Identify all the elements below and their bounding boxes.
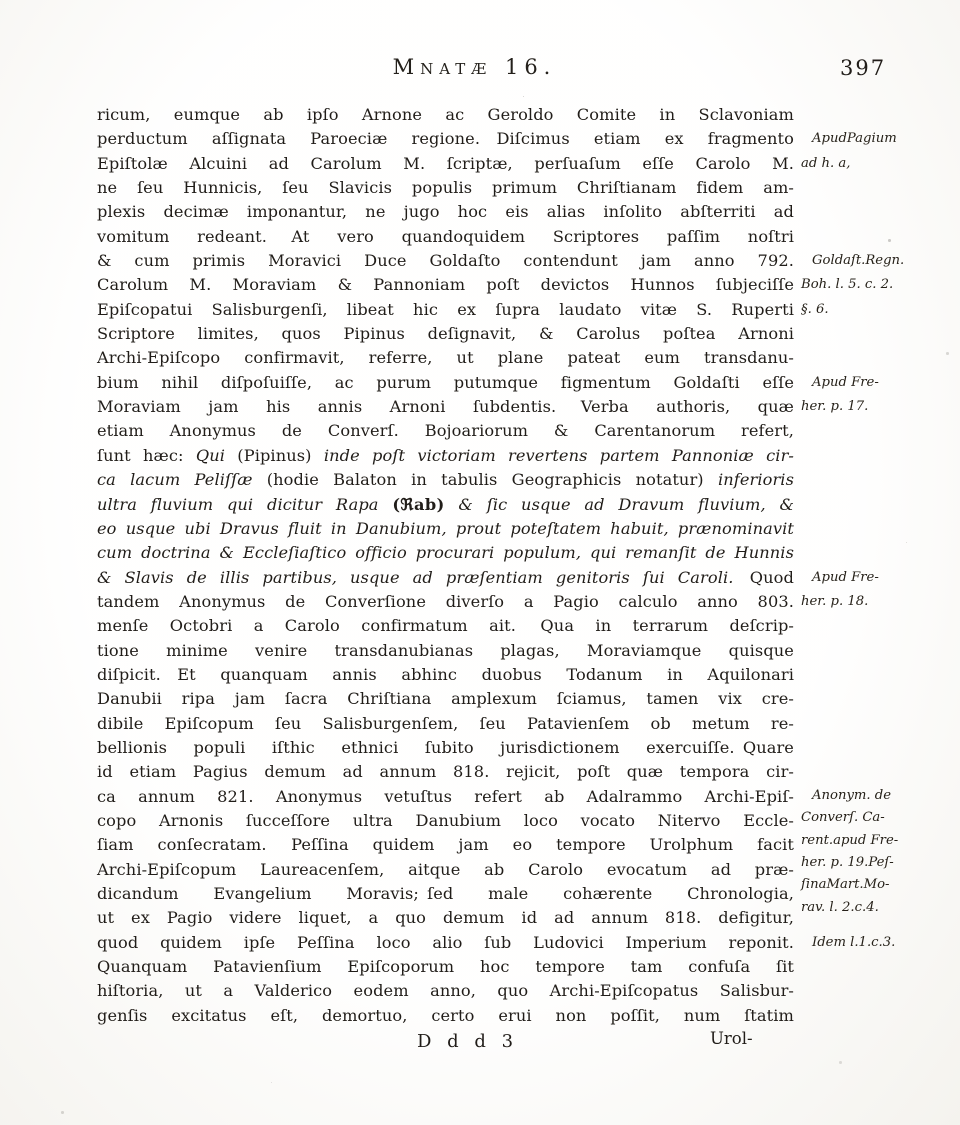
text-line: Quanquam Patavienſium Epiſcoporum hoc te…	[97, 955, 794, 979]
text-segment: tione minime venire transdanubianas plag…	[97, 641, 794, 660]
margin-note-line: her. p. 19.Peſ-	[801, 852, 957, 874]
text-segment: Scriptore limites, quos Pipinus deſignav…	[97, 324, 794, 343]
margin-note-line: Boh. l. 5. c. 2.	[801, 273, 957, 297]
paper-specks	[0, 0, 1, 1]
text-line: etiam Anonymus de Converſ. Bojoariorum &…	[97, 419, 794, 443]
text-segment: ca annum 821. Anonymus vetuſtus refert a…	[97, 787, 794, 806]
margin-note-line: Converſ. Ca-	[801, 807, 957, 829]
text-line: vomitum redeant. At vero quandoquidem Sc…	[97, 225, 794, 249]
margin-note: Anonym. deConverſ. Ca-rent.apud Fre-her.…	[801, 785, 957, 919]
margin-note-line: Anonym. de	[801, 785, 957, 807]
text-line: ſiam conſecratam. Peſſina quidem jam eo …	[97, 833, 794, 857]
text-segment: Danubii ripa jam ſacra Chriſtiana amplex…	[97, 689, 794, 708]
text-segment: dibile Epiſcopum ſeu Salisburgenſem, ſeu…	[97, 714, 794, 733]
text-line: bellionis populi iſthic ethnici ſubito j…	[97, 736, 794, 760]
text-line: tandem Anonymus de Converſione diverſo a…	[97, 590, 794, 614]
text-segment: & cum primis Moravici Duce Goldaſto cont…	[97, 251, 794, 270]
text-line: bium nihil diſpoſuiſſe, ac purum putumqu…	[97, 371, 794, 395]
text-segment: ut ex Pagio videre liquet, a quo demum i…	[97, 908, 794, 927]
text-segment: Moraviam jam his annis Arnoni ſubdentis.…	[97, 397, 794, 416]
text-line: Epiſtolæ Alcuini ad Carolum M. ſcriptæ, …	[97, 152, 794, 176]
book-page: Mnatæ 16. 397 ricum, eumque ab ipſo Arno…	[0, 0, 960, 1125]
margin-note-line: §. 6.	[801, 298, 957, 322]
text-line: copo Arnonis ſucceſſore ultra Danubium l…	[97, 809, 794, 833]
text-segment: ſiam conſecratam. Peſſina quidem jam eo …	[97, 835, 794, 854]
text-segment: perductum aſſignata Paroeciæ regione. Di…	[97, 129, 794, 148]
text-line: dibile Epiſcopum ſeu Salisburgenſem, ſeu…	[97, 712, 794, 736]
text-segment: copo Arnonis ſucceſſore ultra Danubium l…	[97, 811, 794, 830]
margin-column: ApudPagiumad h. a,Goldaſt.Regn.Boh. l. 5…	[801, 0, 957, 1125]
text-line: genſis excitatus eſt, demortuo, certo er…	[97, 1004, 794, 1028]
text-line: eo usque ubi Dravus fluit in Danubium, p…	[97, 517, 794, 541]
text-segment: plexis decimæ imponantur, ne jugo hoc ei…	[97, 202, 794, 221]
text-line: ultra fluvium qui dicitur Rapa (ℜab) & ſ…	[97, 493, 794, 517]
margin-note-line: Idem l.1.c.3.	[801, 931, 957, 955]
text-segment: bellionis populi iſthic ethnici ſubito j…	[97, 738, 794, 757]
text-segment: bium nihil diſpoſuiſſe, ac purum putumqu…	[97, 373, 794, 392]
text-line: Danubii ripa jam ſacra Chriſtiana amplex…	[97, 687, 794, 711]
text-segment: & ſic usque ad Dravum fluvium, &	[445, 495, 794, 514]
text-line: id etiam Pagius demum ad annum 818. reji…	[97, 760, 794, 784]
text-segment: dicandum Evangelium Moravis; ſed male co…	[97, 884, 794, 903]
text-line: Archi-Epiſcopo confirmavit, referre, ut …	[97, 346, 794, 370]
text-line: Moraviam jam his annis Arnoni ſubdentis.…	[97, 395, 794, 419]
text-segment: ultra fluvium qui dicitur Rapa	[97, 495, 392, 514]
margin-note-line: her. p. 18.	[801, 590, 957, 614]
text-segment: tandem Anonymus de Converſione diverſo a…	[97, 592, 794, 611]
text-block: ricum, eumque ab ipſo Arnone ac Geroldo …	[97, 103, 794, 1028]
text-segment: inferioris	[718, 470, 794, 489]
text-segment: vomitum redeant. At vero quandoquidem Sc…	[97, 227, 794, 246]
text-line: perductum aſſignata Paroeciæ regione. Di…	[97, 127, 794, 151]
margin-note-line: ſinaMart.Mo-	[801, 874, 957, 896]
text-segment: (Pipinus)	[237, 446, 324, 465]
margin-note-line: Apud Fre-	[801, 371, 957, 395]
text-line: ſunt hæc: Qui (Pipinus) inde poſt victor…	[97, 444, 794, 468]
text-segment: ca lacum Peliſſæ	[97, 470, 267, 489]
text-line: Carolum M. Moraviam & Pannoniam poſt dev…	[97, 273, 794, 297]
signature-mark: D d d 3	[97, 1031, 794, 1052]
text-line: plexis decimæ imponantur, ne jugo hoc ei…	[97, 200, 794, 224]
text-segment: etiam Anonymus de Converſ. Bojoariorum &…	[97, 421, 794, 440]
text-line: menſe Octobri a Carolo confirmatum ait. …	[97, 614, 794, 638]
margin-note-line: Apud Fre-	[801, 566, 957, 590]
text-segment: Carolum M. Moraviam & Pannoniam poſt dev…	[97, 275, 794, 294]
text-segment: inde poſt victoriam revertens partem Pan…	[324, 446, 794, 465]
text-segment: ricum, eumque ab ipſo Arnone ac Geroldo …	[97, 105, 794, 124]
text-segment: (hodie Balaton in tabulis Geographicis n…	[267, 470, 718, 489]
text-line: ne ſeu Hunnicis, ſeu Slavicis populis pr…	[97, 176, 794, 200]
text-line: ca annum 821. Anonymus vetuſtus refert a…	[97, 785, 794, 809]
text-segment: diſpicit. Et quanquam annis abhinc duobu…	[97, 665, 794, 684]
text-segment: Epiſcopatui Salisburgenſi, libeat hic ex…	[97, 300, 794, 319]
text-line: ricum, eumque ab ipſo Arnone ac Geroldo …	[97, 103, 794, 127]
catchword: Urol-	[710, 1029, 753, 1048]
text-segment: genſis excitatus eſt, demortuo, certo er…	[97, 1006, 794, 1025]
margin-note: Goldaſt.Regn.Boh. l. 5. c. 2.§. 6.	[801, 249, 957, 322]
text-segment: & Slavis de illis partibus, usque ad præ…	[97, 568, 734, 587]
text-line: hiſtoria, ut a Valderico eodem anno, quo…	[97, 979, 794, 1003]
text-segment: Quanquam Patavienſium Epiſcoporum hoc te…	[97, 957, 794, 976]
text-segment: cum doctrina & Eccleſiaſtico officio pro…	[97, 543, 794, 562]
text-line: ut ex Pagio videre liquet, a quo demum i…	[97, 906, 794, 930]
margin-note: ApudPagiumad h. a,	[801, 127, 957, 176]
text-line: tione minime venire transdanubianas plag…	[97, 639, 794, 663]
text-line: & Slavis de illis partibus, usque ad præ…	[97, 566, 794, 590]
margin-note-line: rent.apud Fre-	[801, 830, 957, 852]
margin-note-line: Goldaſt.Regn.	[801, 249, 957, 273]
text-segment: hiſtoria, ut a Valderico eodem anno, quo…	[97, 981, 794, 1000]
margin-note-line: rav. l. 2.c.4.	[801, 897, 957, 919]
text-segment: menſe Octobri a Carolo confirmatum ait. …	[97, 616, 794, 635]
text-segment: eo usque ubi Dravus fluit in Danubium, p…	[97, 519, 794, 538]
text-line: dicandum Evangelium Moravis; ſed male co…	[97, 882, 794, 906]
margin-note: Apud Fre-her. p. 17.	[801, 371, 957, 420]
text-line: quod quidem ipſe Peſſina loco alio ſub L…	[97, 931, 794, 955]
text-line: Scriptore limites, quos Pipinus deſignav…	[97, 322, 794, 346]
text-segment: Epiſtolæ Alcuini ad Carolum M. ſcriptæ, …	[97, 154, 794, 173]
text-line: Epiſcopatui Salisburgenſi, libeat hic ex…	[97, 298, 794, 322]
text-line: ca lacum Peliſſæ (hodie Balaton in tabul…	[97, 468, 794, 492]
text-segment: Quod	[734, 568, 795, 587]
text-segment: id etiam Pagius demum ad annum 818. reji…	[97, 762, 794, 781]
text-segment: (ℜab)	[392, 495, 444, 514]
text-line: & cum primis Moravici Duce Goldaſto cont…	[97, 249, 794, 273]
margin-note-line: her. p. 17.	[801, 395, 957, 419]
text-line: Archi-Epiſcopum Laureacenſem, aitque ab …	[97, 858, 794, 882]
text-segment: Qui	[196, 446, 237, 465]
margin-note-line: ApudPagium	[801, 127, 957, 151]
running-title: Mnatæ 16.	[97, 55, 794, 79]
margin-note: Idem l.1.c.3.	[801, 931, 957, 955]
text-line: diſpicit. Et quanquam annis abhinc duobu…	[97, 663, 794, 687]
text-segment: ſunt hæc:	[97, 446, 196, 465]
text-segment: ne ſeu Hunnicis, ſeu Slavicis populis pr…	[97, 178, 794, 197]
text-segment: Archi-Epiſcopum Laureacenſem, aitque ab …	[97, 860, 794, 879]
margin-note: Apud Fre-her. p. 18.	[801, 566, 957, 615]
text-segment: Archi-Epiſcopo confirmavit, referre, ut …	[97, 348, 794, 367]
text-segment: quod quidem ipſe Peſſina loco alio ſub L…	[97, 933, 794, 952]
margin-note-line: ad h. a,	[801, 152, 957, 176]
text-line: cum doctrina & Eccleſiaſtico officio pro…	[97, 541, 794, 565]
